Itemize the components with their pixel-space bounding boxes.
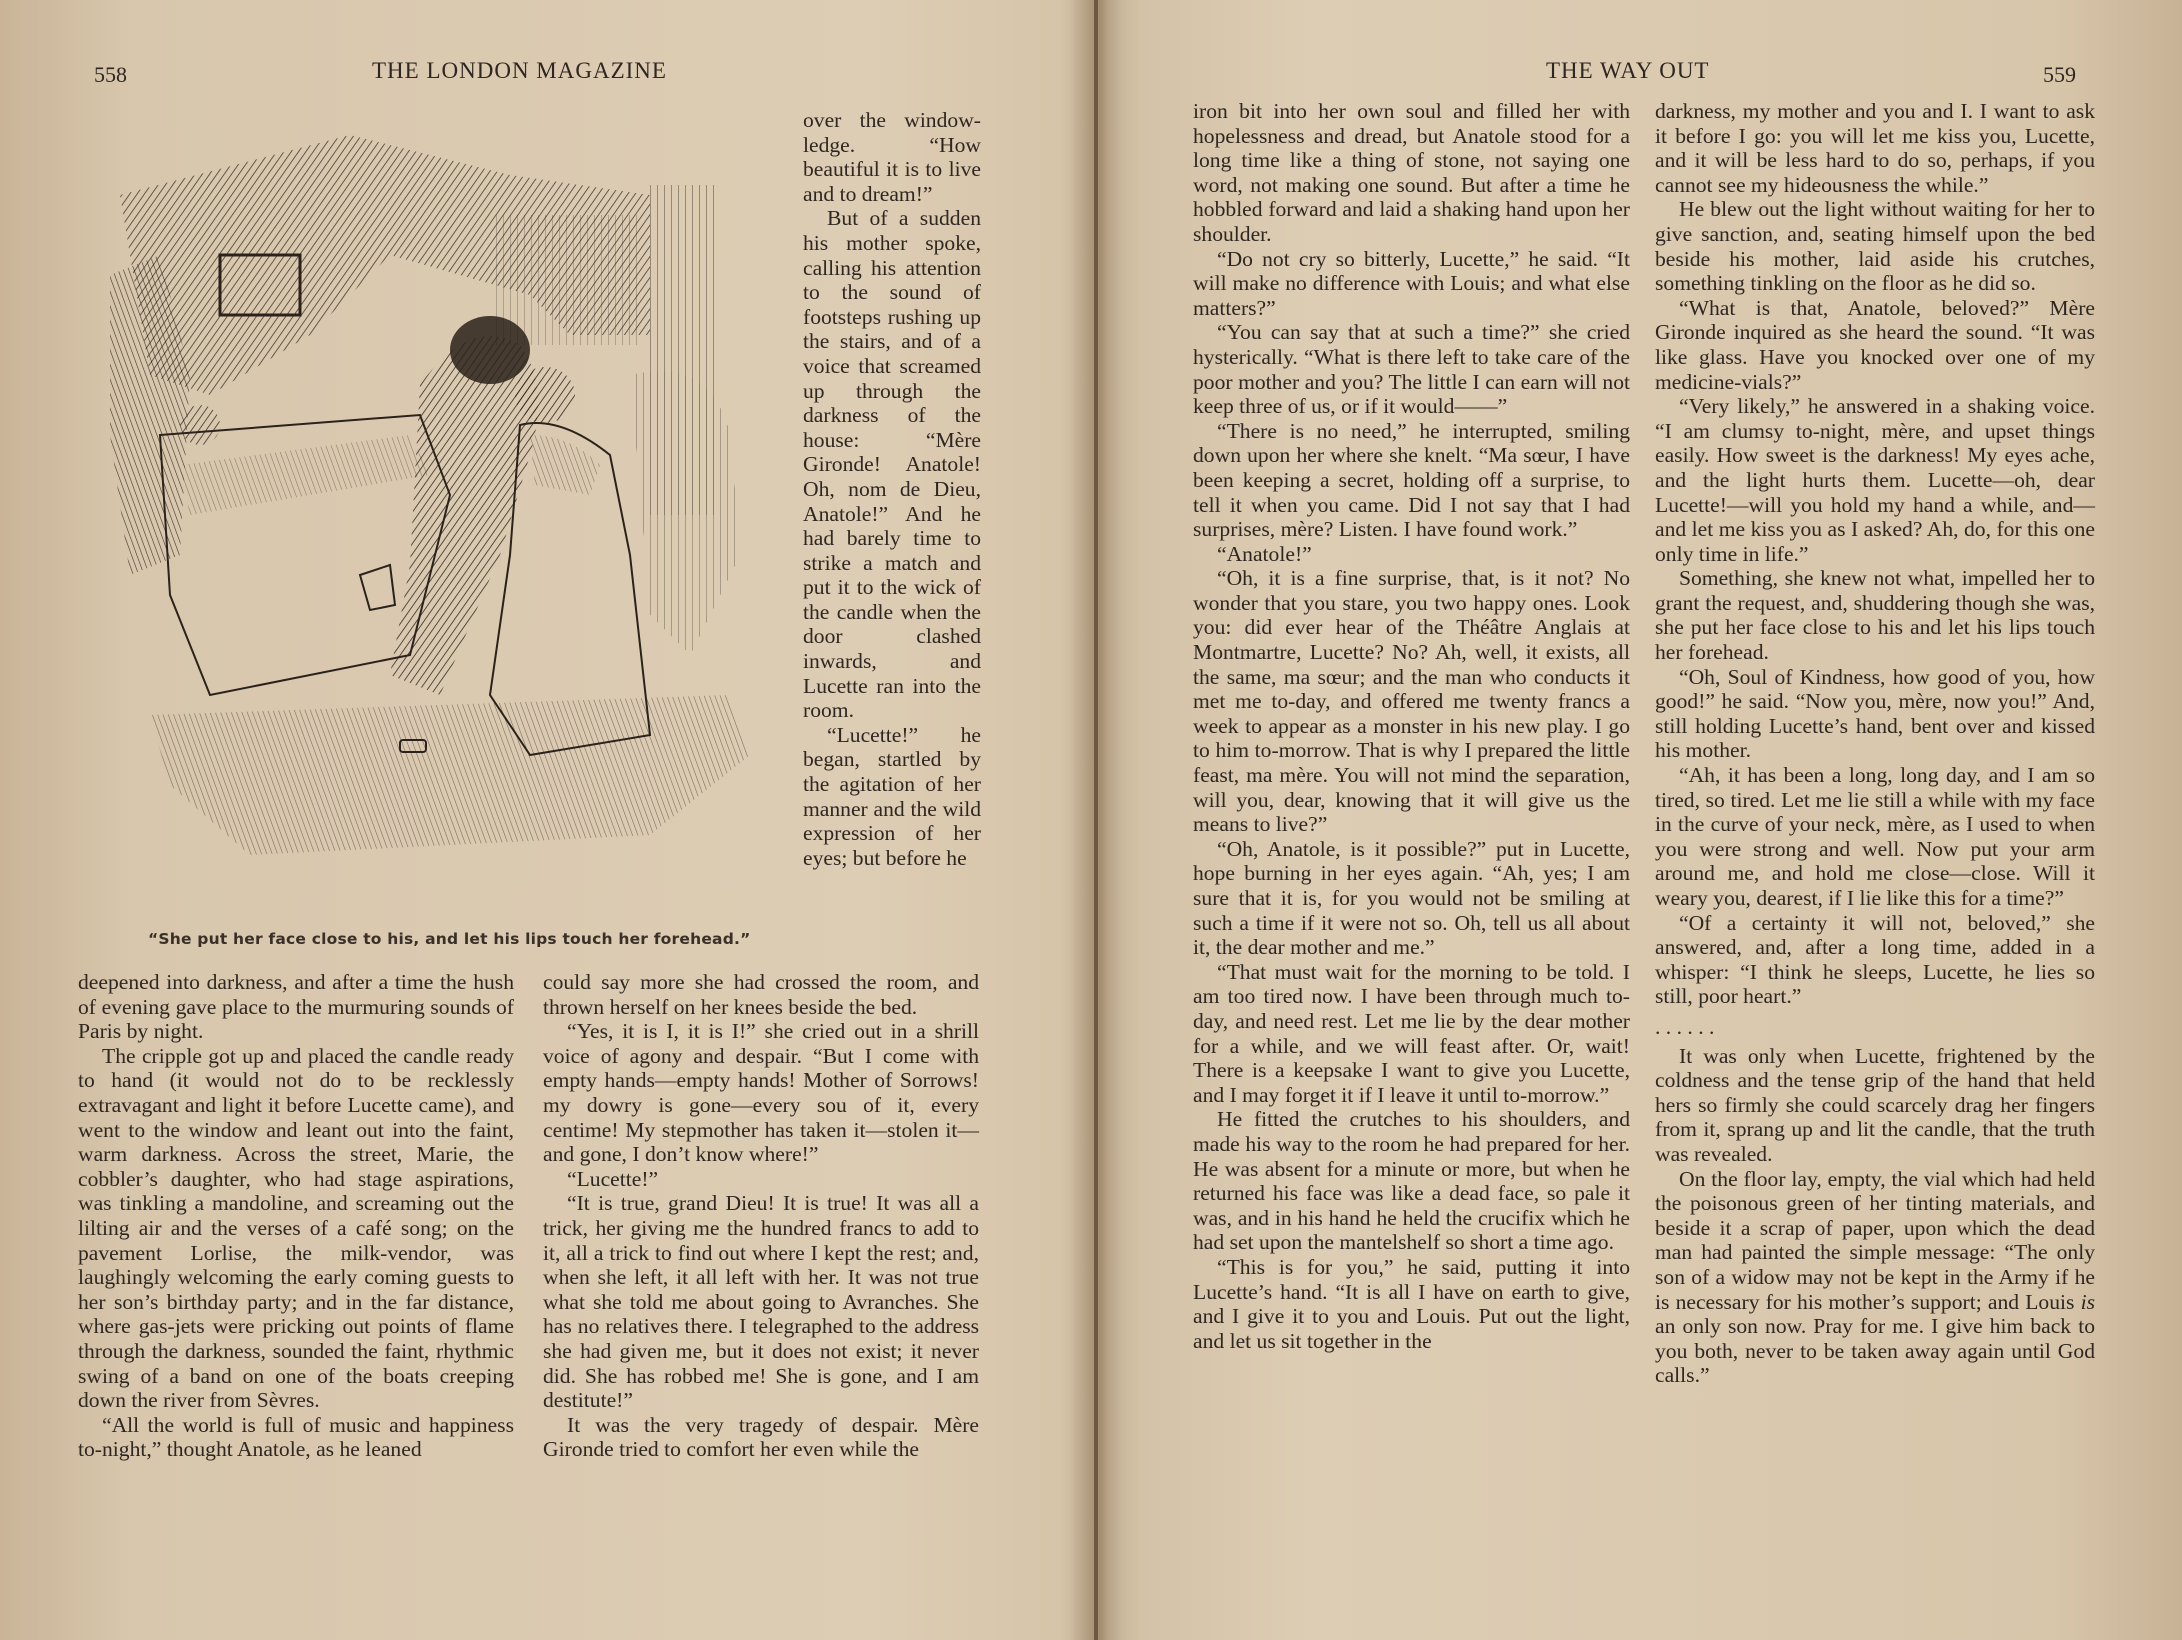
emphasis-text: is bbox=[2081, 1290, 2095, 1314]
paragraph: deepened into darkness, and after a time… bbox=[78, 970, 514, 1044]
paragraph: “Oh, it is a fine surprise, that, is it … bbox=[1193, 566, 1630, 837]
paragraph: darkness, my mother and you and I. I wan… bbox=[1655, 99, 2095, 197]
column-1: deepened into darkness, and after a time… bbox=[78, 970, 514, 1462]
page-number-right: 559 bbox=[2043, 62, 2076, 88]
column-2: could say more she had crossed the room,… bbox=[543, 970, 979, 1462]
column-3: iron bit into her own soul and filled he… bbox=[1193, 99, 1630, 1353]
paragraph: “Oh, Soul of Kindness, how good of you, … bbox=[1655, 665, 2095, 763]
paragraph: “Oh, Anatole, is it possible?” put in Lu… bbox=[1193, 837, 1630, 960]
paragraph: “Ah, it has been a long, long day, and I… bbox=[1655, 763, 2095, 911]
paragraph: “Very likely,” he answered in a shaking … bbox=[1655, 394, 2095, 566]
book-gutter bbox=[1094, 0, 1098, 1640]
paragraph: He fitted the crutches to his shoulders,… bbox=[1193, 1107, 1630, 1255]
paragraph: “Yes, it is I, it is I!” she cried out i… bbox=[543, 1019, 979, 1167]
paragraph: It was only when Lucette, frightened by … bbox=[1655, 1044, 2095, 1167]
running-head-right: THE WAY OUT bbox=[1546, 58, 1709, 84]
paragraph: “That must wait for the morning to be to… bbox=[1193, 960, 1630, 1108]
column-4: darkness, my mother and you and I. I wan… bbox=[1655, 99, 2095, 1388]
paragraph: “You can say that at such a time?” she c… bbox=[1193, 320, 1630, 418]
paragraph: On the floor lay, empty, the vial which … bbox=[1655, 1167, 2095, 1388]
paragraph: “All the world is full of music and happ… bbox=[78, 1413, 514, 1462]
paragraph: could say more she had crossed the room,… bbox=[543, 970, 979, 1019]
paragraph: “It is true, grand Dieu! It is true! It … bbox=[543, 1191, 979, 1412]
paragraph: “Do not cry so bitterly, Lucette,” he sa… bbox=[1193, 247, 1630, 321]
illustration-caption: “She put her face close to his, and let … bbox=[148, 930, 750, 948]
paragraph: The cripple got up and placed the candle… bbox=[78, 1044, 514, 1413]
paragraph: “Lucette!” he began, startled by the agi… bbox=[803, 723, 981, 871]
section-break: . . . . . . bbox=[1655, 1009, 2095, 1044]
paragraph: “There is no need,” he interrupted, smil… bbox=[1193, 419, 1630, 542]
narrow-column: over the window-ledge. “How beautiful it… bbox=[803, 108, 981, 870]
gutter-shadow bbox=[1060, 0, 1140, 1640]
paragraph: But of a sudden his mother spoke, callin… bbox=[803, 206, 981, 722]
paragraph: He blew out the light without waiting fo… bbox=[1655, 197, 2095, 295]
running-head-left: THE LONDON MAGAZINE bbox=[372, 58, 667, 84]
paragraph: “What is that, Anatole, beloved?” Mère G… bbox=[1655, 296, 2095, 394]
magazine-spread: 558 THE LONDON MAGAZINE bbox=[0, 0, 2182, 1640]
paragraph: “This is for you,” he said, putting it i… bbox=[1193, 1255, 1630, 1353]
paragraph: “Of a certainty it will not, beloved,” s… bbox=[1655, 911, 2095, 1009]
paragraph: over the window-ledge. “How beautiful it… bbox=[803, 108, 981, 206]
paragraph: It was the very tragedy of despair. Mère… bbox=[543, 1413, 979, 1462]
engraving-illustration-icon bbox=[90, 135, 780, 915]
paragraph-text: an only son now. Pray for me. I give him… bbox=[1655, 1314, 2095, 1387]
page-number-left: 558 bbox=[94, 62, 127, 88]
paragraph: iron bit into her own soul and filled he… bbox=[1193, 99, 1630, 247]
paragraph: Something, she knew not what, impelled h… bbox=[1655, 566, 2095, 664]
paragraph-text: On the floor lay, empty, the vial which … bbox=[1655, 1167, 2095, 1314]
paragraph: “Lucette!” bbox=[543, 1167, 979, 1192]
paragraph: “Anatole!” bbox=[1193, 542, 1630, 567]
